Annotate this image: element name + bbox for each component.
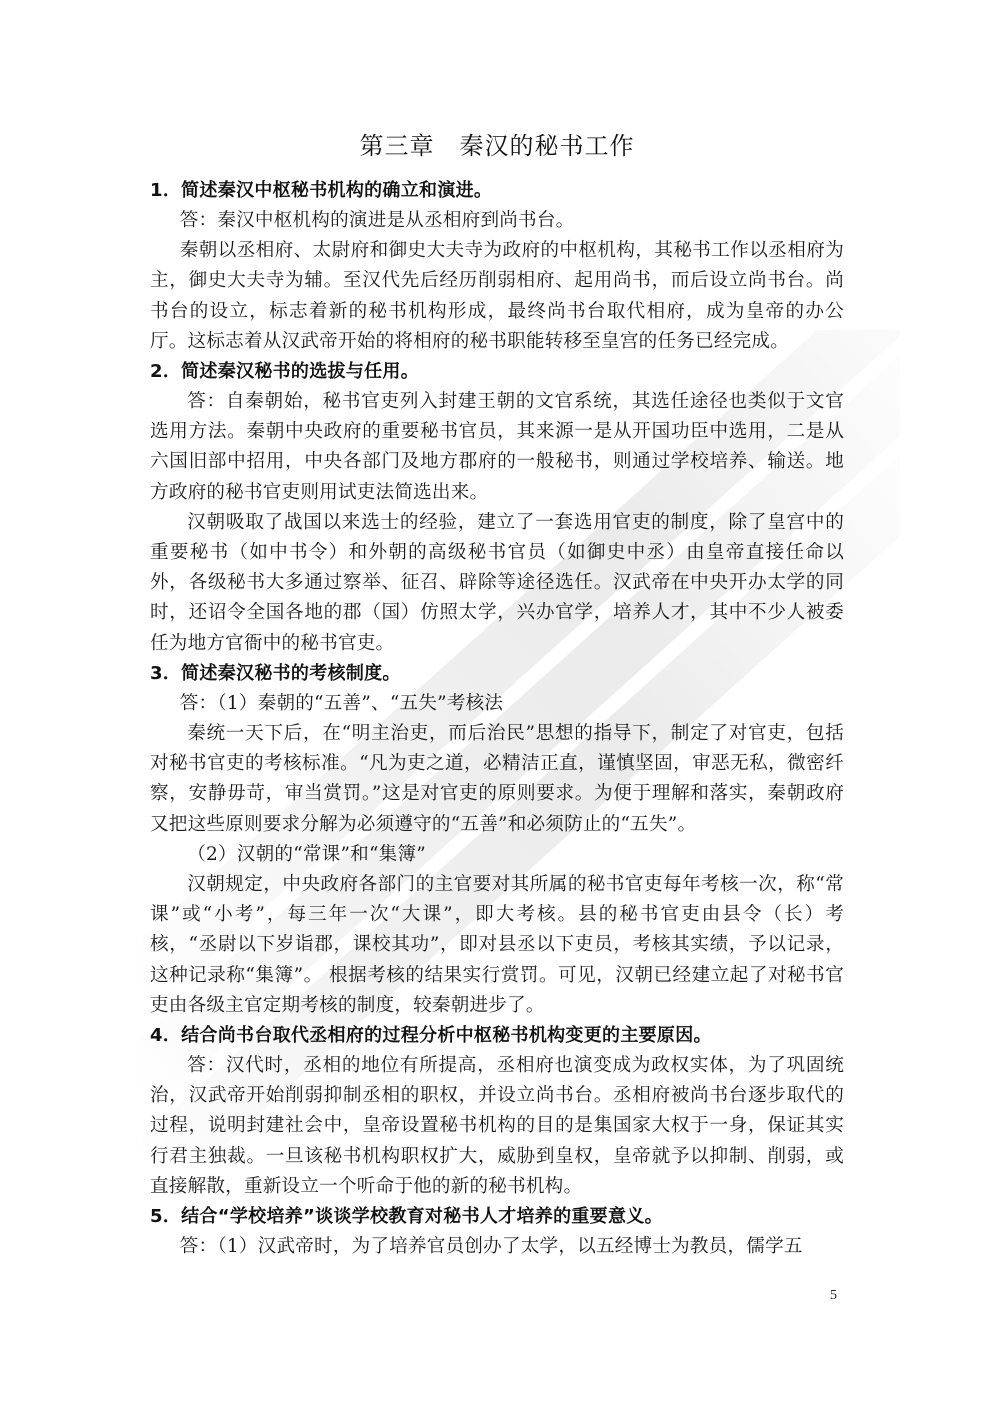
answer-paragraph: 答：（1）秦朝的“五善”、“五失”考核法 (150, 689, 844, 719)
answer-paragraph: 答：自秦朝始，秘书官吏列入封建王朝的文官系统，其选任途径也类似于文官选用方法。秦… (150, 387, 844, 508)
question-heading: 2．简述秦汉秘书的选拔与任用。 (150, 357, 844, 387)
chapter-title: 第三章 秦汉的秘书工作 (150, 128, 844, 164)
answer-paragraph: 答：汉代时，丞相的地位有所提高，丞相府也演变成为政权实体，为了巩固统治，汉武帝开… (150, 1051, 844, 1202)
answer-paragraph: 答：秦汉中枢机构的演进是从丞相府到尚书台。 (150, 206, 844, 236)
answer-subheading: （2）汉朝的“常课”和“集簿” (150, 840, 844, 870)
answer-paragraph: 秦朝以丞相府、太尉府和御史大夫寺为政府的中枢机构，其秘书工作以丞相府为主，御史大… (150, 236, 844, 357)
answer-paragraph: 答：（1）汉武帝时，为了培养官员创办了太学，以五经博士为教员，儒学五 (150, 1232, 844, 1262)
answer-paragraph: 秦统一天下后，在“明主治吏，而后治民”思想的指导下，制定了对官吏，包括对秘书官吏… (150, 719, 844, 840)
question-heading: 5．结合“学校培养”谈谈学校教育对秘书人才培养的重要意义。 (150, 1202, 844, 1232)
question-4: 4．结合尚书台取代丞相府的过程分析中枢秘书机构变更的主要原因。 答：汉代时，丞相… (150, 1021, 844, 1202)
answer-paragraph: 汉朝吸取了战国以来选士的经验，建立了一套选用官吏的制度，除了皇宫中的重要秘书（如… (150, 508, 844, 659)
question-2: 2．简述秦汉秘书的选拔与任用。 答：自秦朝始，秘书官吏列入封建王朝的文官系统，其… (150, 357, 844, 659)
question-heading: 3．简述秦汉秘书的考核制度。 (150, 659, 844, 689)
question-heading: 1．简述秦汉中枢秘书机构的确立和演进。 (150, 176, 844, 206)
question-5: 5．结合“学校培养”谈谈学校教育对秘书人才培养的重要意义。 答：（1）汉武帝时，… (150, 1202, 844, 1262)
question-3: 3．简述秦汉秘书的考核制度。 答：（1）秦朝的“五善”、“五失”考核法 秦统一天… (150, 659, 844, 1021)
question-heading: 4．结合尚书台取代丞相府的过程分析中枢秘书机构变更的主要原因。 (150, 1021, 844, 1051)
document-page: 第三章 秦汉的秘书工作 1．简述秦汉中枢秘书机构的确立和演进。 答：秦汉中枢机构… (150, 128, 844, 1262)
question-1: 1．简述秦汉中枢秘书机构的确立和演进。 答：秦汉中枢机构的演进是从丞相府到尚书台… (150, 176, 844, 357)
page-number: 5 (830, 1288, 837, 1304)
answer-paragraph: 汉朝规定，中央政府各部门的主官要对其所属的秘书官吏每年考核一次，称“常课”或“小… (150, 870, 844, 1021)
